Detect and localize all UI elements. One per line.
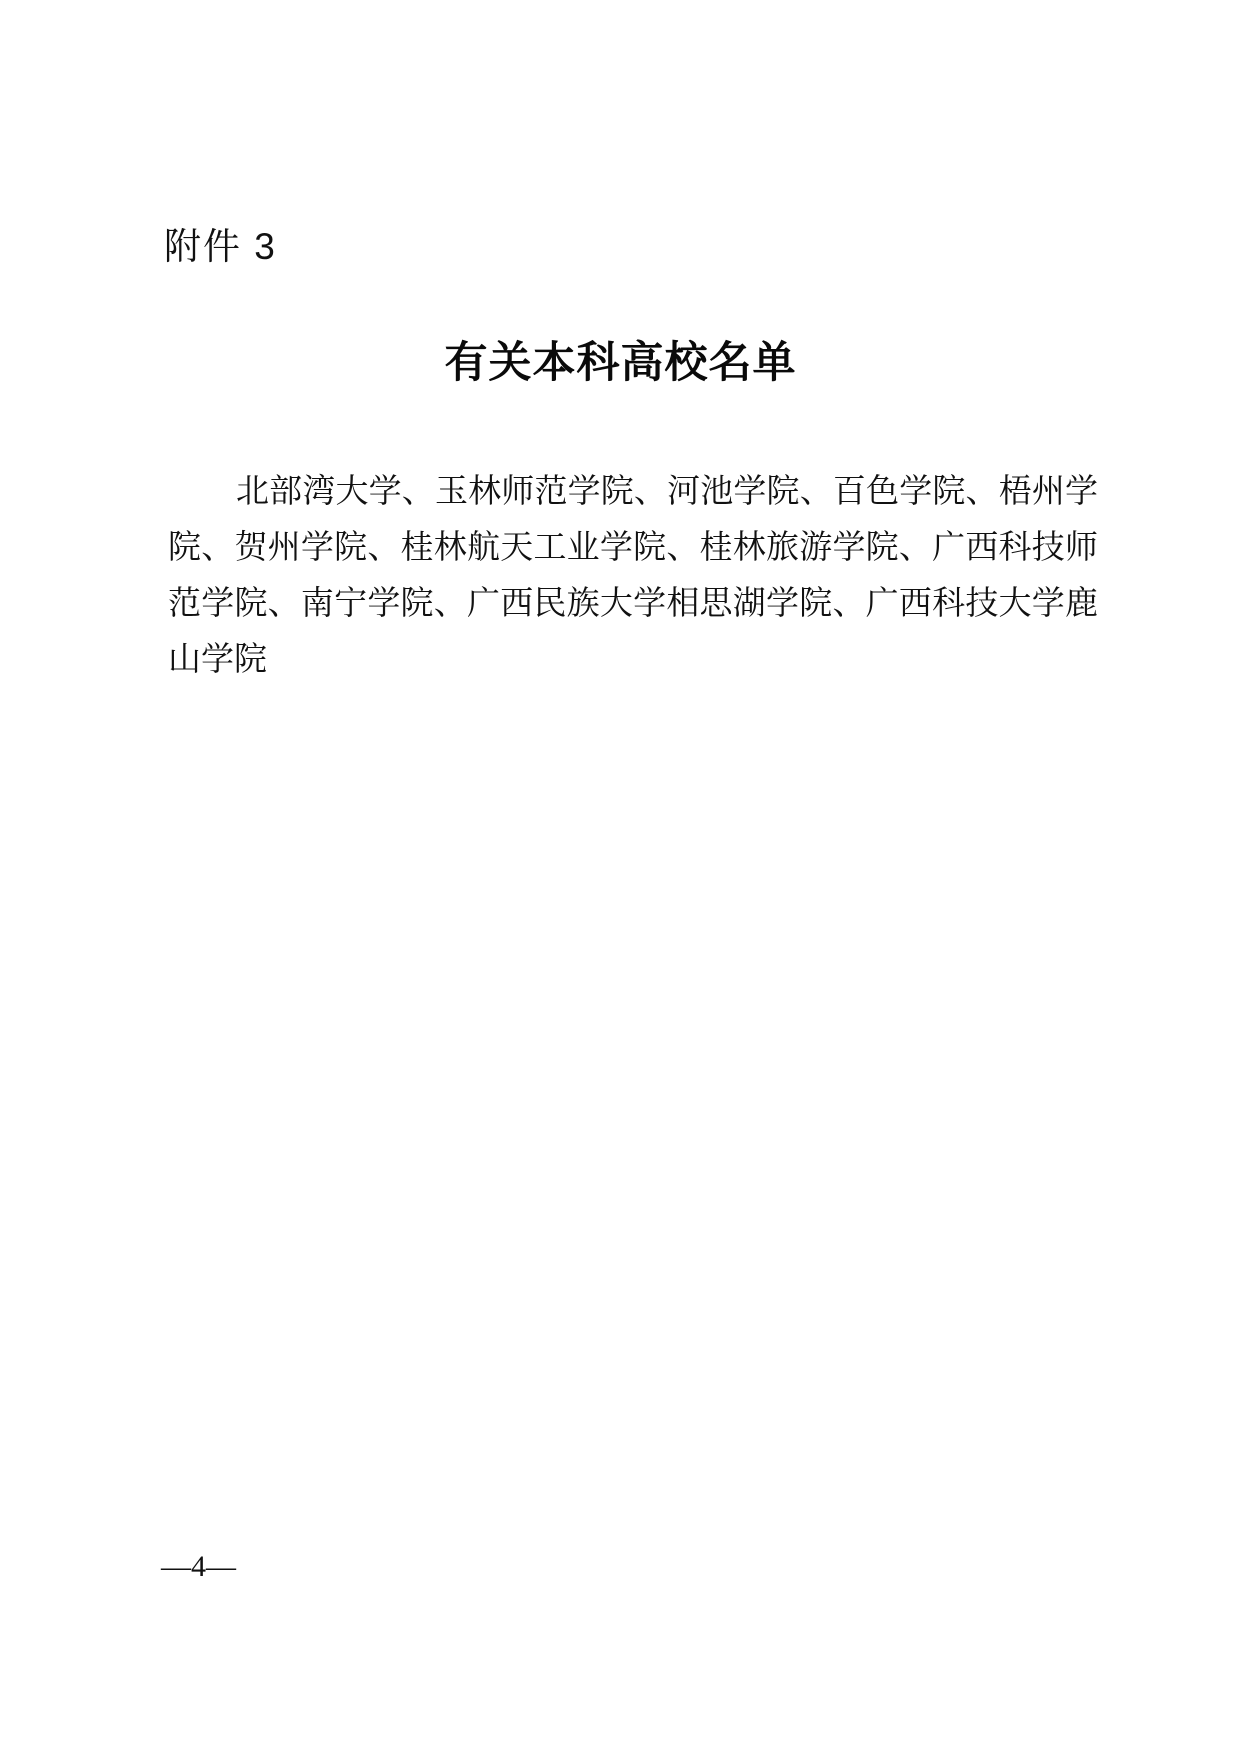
university-list-paragraph: 北部湾大学、玉林师范学院、河池学院、百色学院、梧州学院、贺州学院、桂林航天工业学… [168, 464, 1098, 688]
page-number: —4— [161, 1549, 236, 1585]
attachment-label: 附件 3 [164, 224, 277, 270]
document-title: 有关本科高校名单 [0, 336, 1241, 392]
document-page: 附件 3 有关本科高校名单 北部湾大学、玉林师范学院、河池学院、百色学院、梧州学… [0, 0, 1241, 1754]
